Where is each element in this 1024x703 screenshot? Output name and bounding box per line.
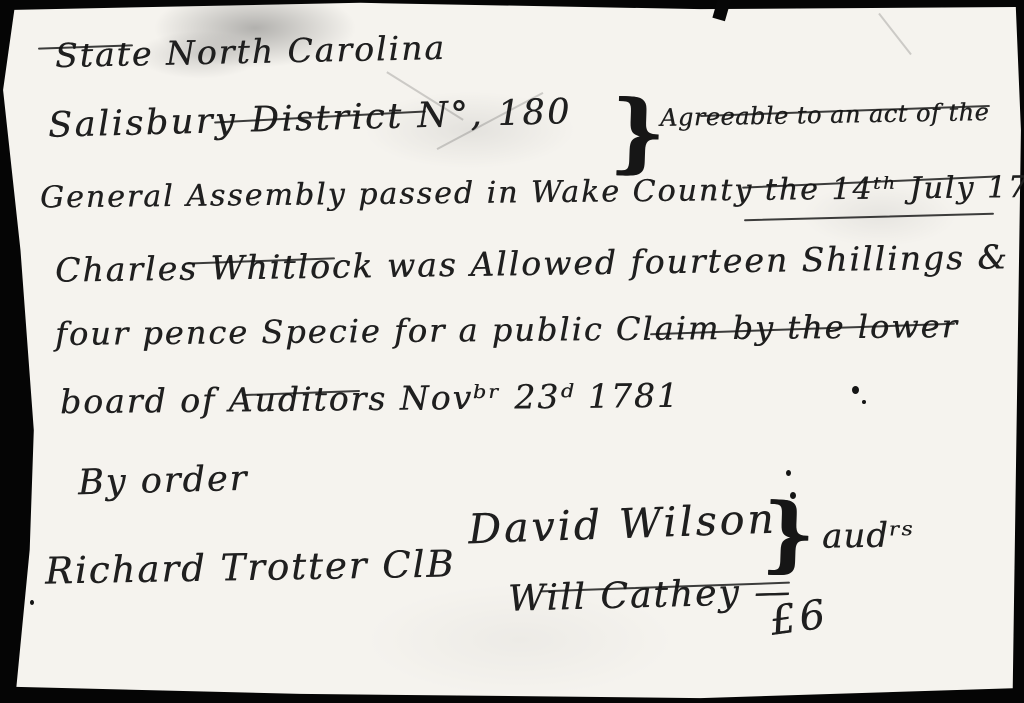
clerk-signature: Richard Trotter ClB (45, 544, 456, 592)
docket-brace: } (608, 81, 667, 184)
scanned-document: State North Carolina Salisbury District … (0, 0, 1024, 703)
ink-blot (790, 492, 796, 499)
ink-blot (786, 470, 791, 476)
ink-blot (852, 386, 859, 394)
body-line-auditors-date: board of Auditors Novᵇʳ 23ᵈ 1781 (60, 378, 680, 421)
auditor-signature-wilson: David Wilson (467, 497, 777, 553)
auditor-signature-cathey: Will Cathey — (508, 572, 793, 619)
signature-flourish: £6 (767, 592, 831, 644)
auditors-label: audʳˢ (822, 517, 915, 556)
auditors-brace: } (760, 485, 816, 583)
ink-blot (862, 400, 866, 404)
by-order-label: By order (78, 460, 249, 503)
heading-state-line: State North Carolina (55, 30, 447, 74)
ink-blot (30, 600, 34, 605)
body-line-specie: four pence Specie for a public Claim by … (55, 309, 959, 352)
